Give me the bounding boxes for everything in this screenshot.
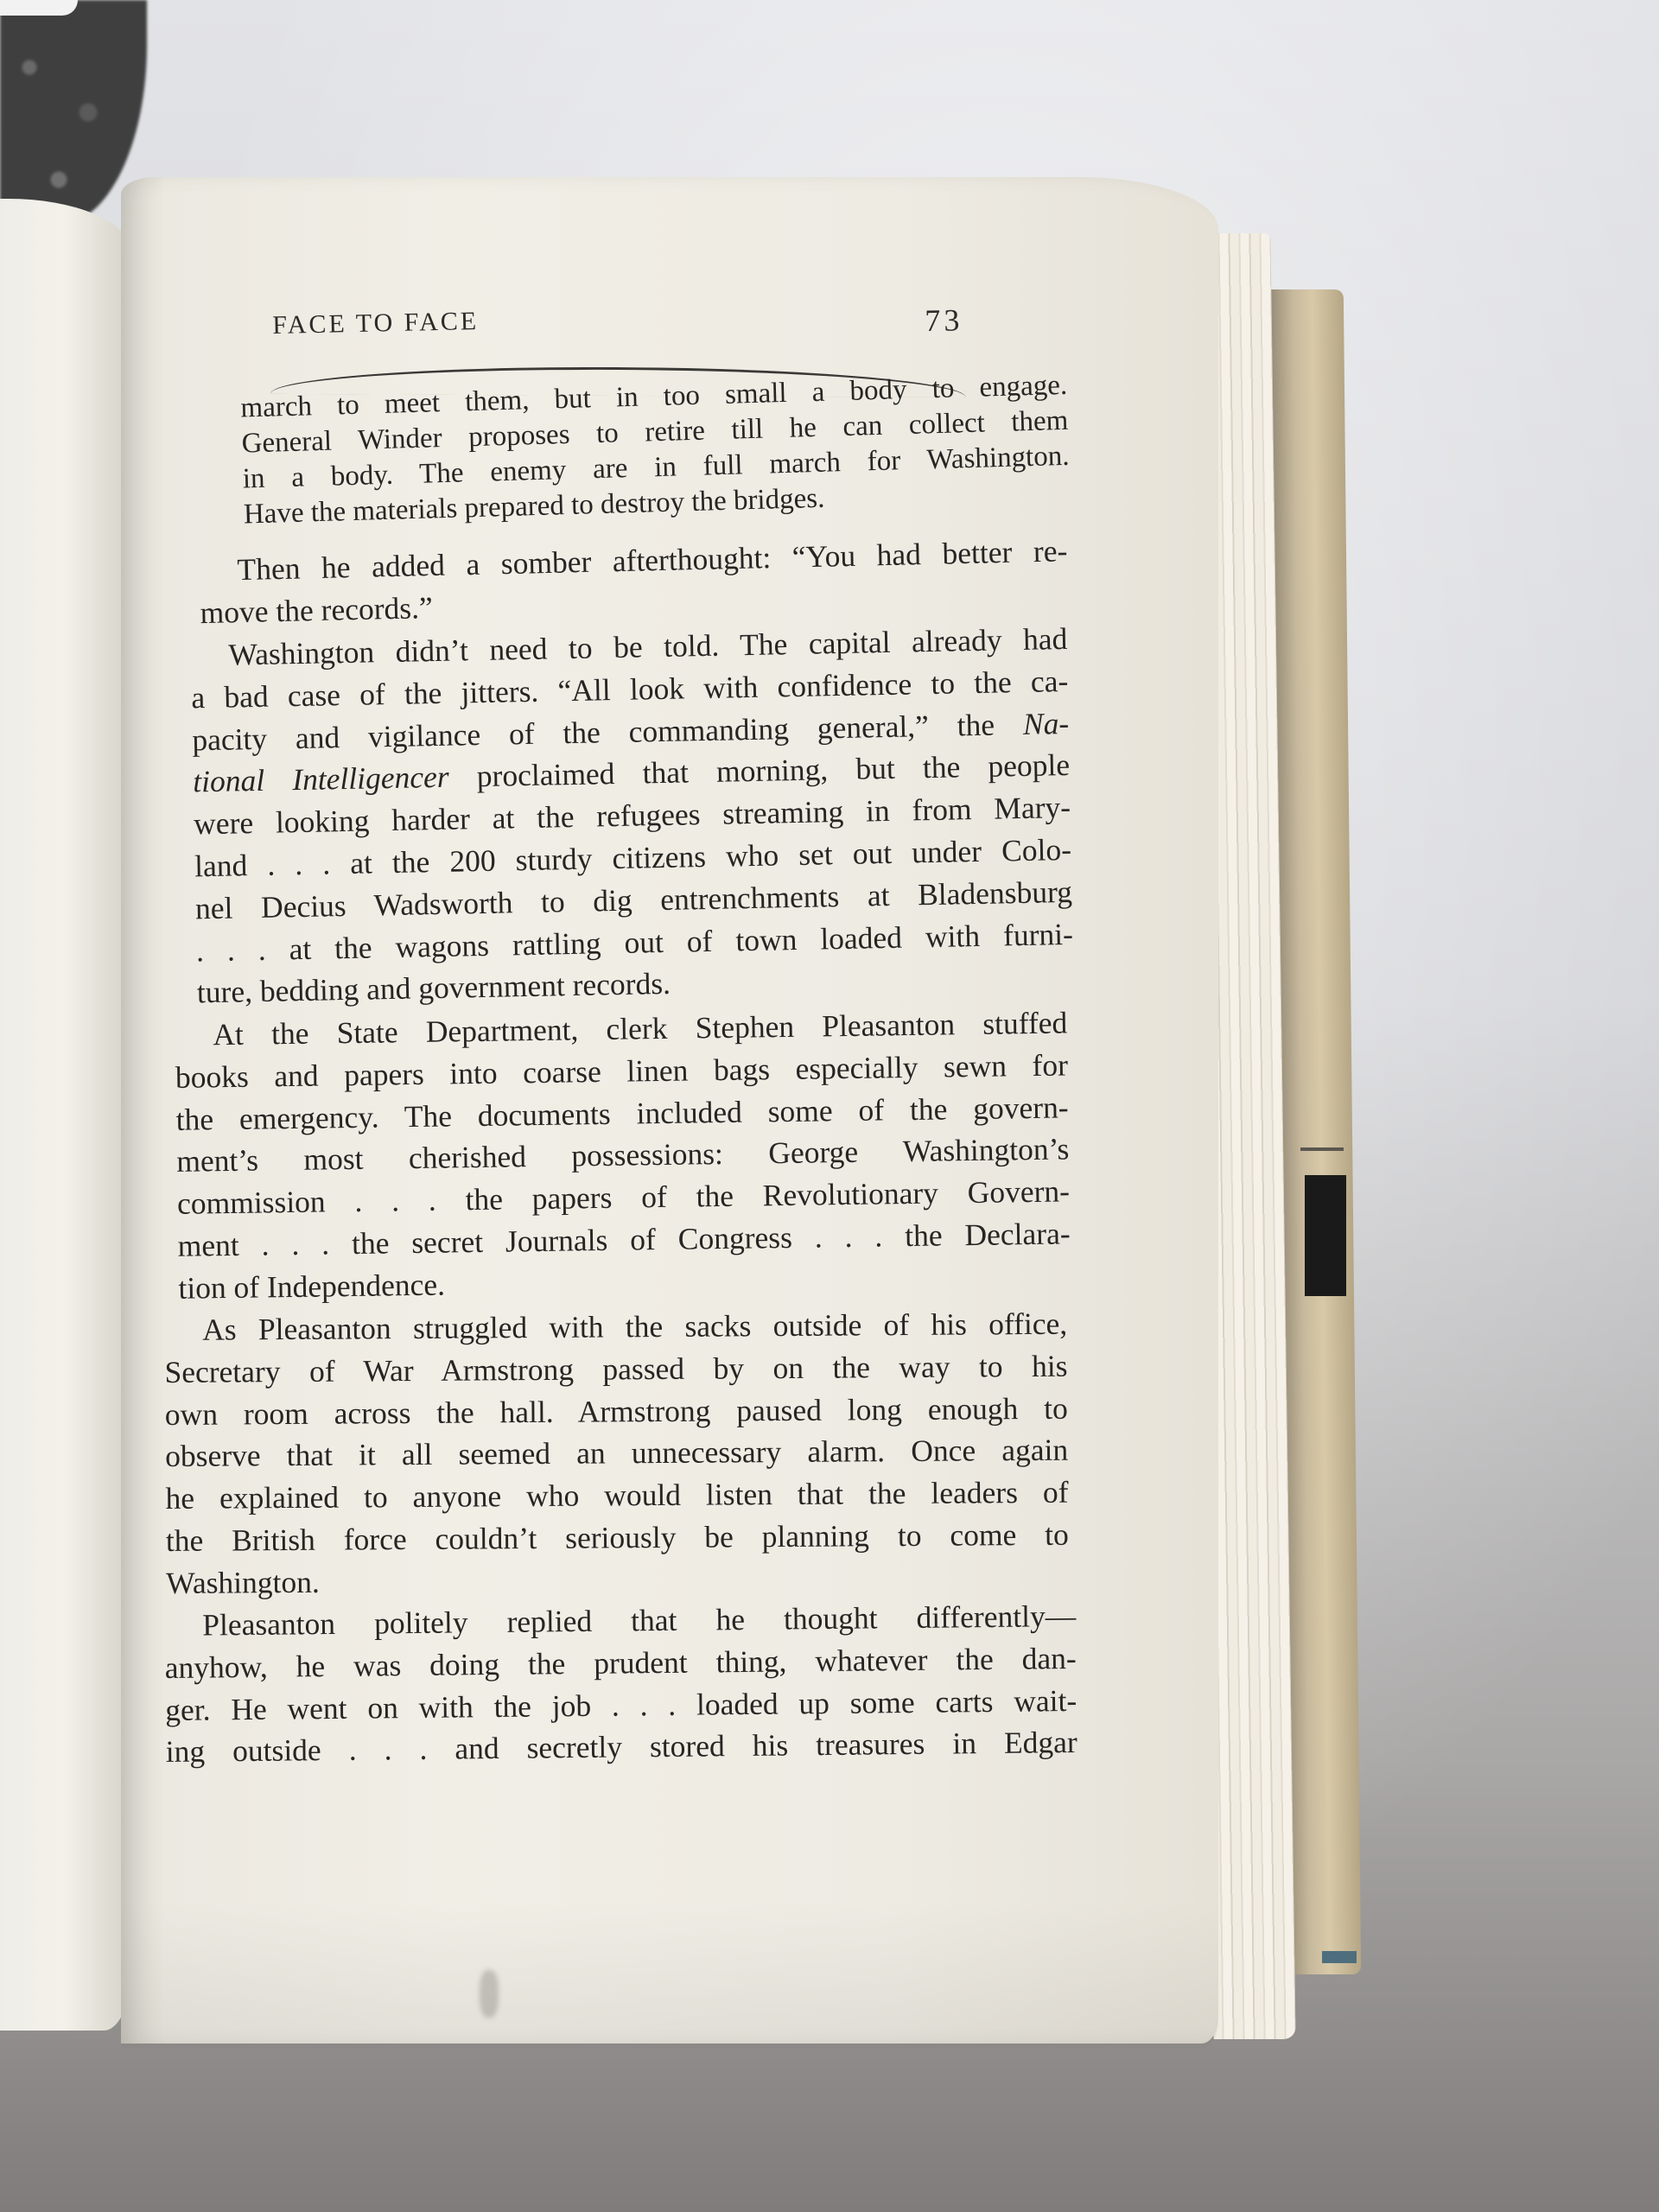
text-line: observe that it all seemed an unnecessar… xyxy=(165,1429,1068,1478)
paragraph: At the State Department, clerk Stephen P… xyxy=(164,1001,1071,1309)
body-text: march to meet them, but in too small a b… xyxy=(164,393,1067,1773)
left-page xyxy=(0,199,130,2031)
cover-cloth-binding xyxy=(1322,1951,1357,1963)
text-segment: proclaimed that morning, but the people xyxy=(448,747,1070,794)
text-line: As Pleasanton struggled with the sacks o… xyxy=(164,1303,1067,1351)
white-object-corner xyxy=(0,0,78,16)
text-line: he explained to anyone who would listen … xyxy=(165,1471,1068,1520)
text-line: ing outside . . . and secretly stored hi… xyxy=(166,1721,1077,1773)
paragraph: Pleasanton politely replied that he thou… xyxy=(164,1595,1077,1773)
running-head-title: FACE TO FACE xyxy=(272,307,479,340)
text-line: own room across the hall. Armstrong paus… xyxy=(165,1388,1068,1436)
paragraph: Washington didn’t need to be told. The c… xyxy=(164,618,1074,1014)
italic-segment: Na- xyxy=(1023,705,1070,741)
text-line: the British force couldn’t seriously be … xyxy=(166,1514,1069,1562)
page-smudge xyxy=(480,1970,499,2018)
page-shadow xyxy=(121,1901,1218,2048)
cover-stripe xyxy=(1300,1147,1344,1151)
paragraph: As Pleasanton struggled with the sacks o… xyxy=(164,1303,1069,1605)
italic-segment: tional Intelligencer xyxy=(193,760,449,799)
page-number: 73 xyxy=(925,302,963,339)
text-line: Secretary of War Armstrong passed by on … xyxy=(164,1345,1067,1394)
quoted-dispatch: march to meet them, but in too small a b… xyxy=(164,368,1071,535)
cover-black-band xyxy=(1305,1175,1346,1296)
